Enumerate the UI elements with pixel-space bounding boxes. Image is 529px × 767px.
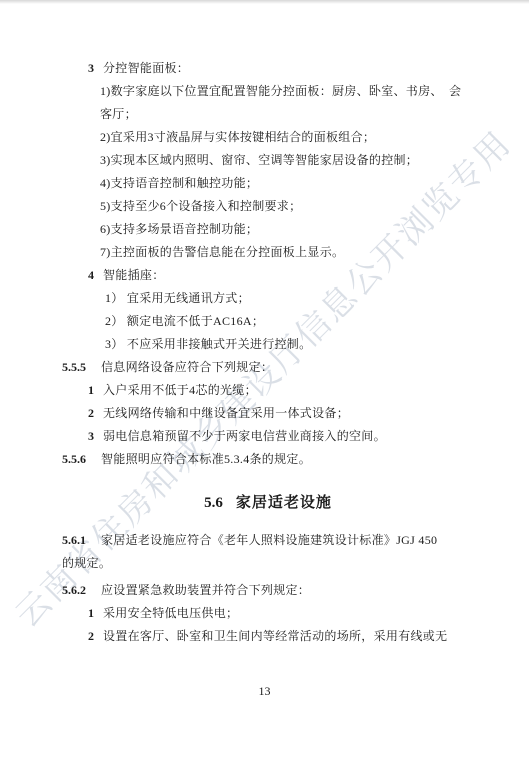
- paragraph-line: 2无线网络传输和中继设备宜采用一体式设备；: [62, 402, 474, 425]
- scan-edge-artifact: [0, 0, 529, 4]
- paragraph-line: 5)支持至少6个设备接入和控制要求；: [62, 195, 474, 218]
- clause-number: 1: [88, 606, 94, 620]
- line-text: 3)实现本区域内照明、窗帘、空调等智能家居设备的控制；: [100, 153, 418, 167]
- line-text: 信息网络设备应符合下列规定：: [101, 360, 273, 374]
- line-text: 智能插座：: [103, 268, 165, 282]
- paragraph-line: 5.5.6智能照明应符合本标准5.3.4条的规定。: [62, 448, 474, 471]
- body-text: 3分控智能面板：1)数字家庭以下位置宜配置智能分控面板：厨房、卧室、书房、 会客…: [62, 57, 474, 648]
- line-text: 分控智能面板：: [103, 61, 189, 75]
- line-text: 客厅；: [100, 107, 137, 121]
- line-text: 3） 不应采用非接触式开关进行控制。: [105, 337, 311, 351]
- paragraph-line: 5.6.1家居适老设施应符合《老年人照料设施建筑设计标准》JGJ 450: [62, 529, 474, 552]
- line-text: 2） 额定电流不低于AC16A；: [105, 314, 264, 328]
- paragraph-line: 7)主控面板的告警信息能在分控面板上显示。: [62, 241, 474, 264]
- clause-number: 2: [88, 629, 94, 643]
- paragraph-line: 5.6.2应设置紧急救助装置并符合下列规定：: [62, 579, 474, 602]
- line-text: 无线网络传输和中继设备宜采用一体式设备；: [103, 406, 349, 420]
- paragraph-line: 3） 不应采用非接触式开关进行控制。: [62, 333, 474, 356]
- line-text: 设置在客厅、卧室和卫生间内等经常活动的场所，采用有线或无: [103, 629, 447, 643]
- paragraph-line: 1)数字家庭以下位置宜配置智能分控面板：厨房、卧室、书房、 会: [62, 80, 474, 103]
- paragraph-line: 的规定。: [62, 552, 474, 575]
- paragraph-line: 3分控智能面板：: [62, 57, 474, 80]
- clause-number: 5.6.1: [62, 533, 86, 547]
- document-page: 云南省住房和城乡建设厅信息公开浏览专用 3分控智能面板：1)数字家庭以下位置宜配…: [0, 0, 529, 767]
- clause-number: 5.5.5: [62, 360, 86, 374]
- line-text: 入户采用不低于4芯的光缆；: [103, 383, 257, 397]
- paragraph-line: 1） 宜采用无线通讯方式；: [62, 287, 474, 310]
- paragraph-line: 2设置在客厅、卧室和卫生间内等经常活动的场所，采用有线或无: [62, 625, 474, 648]
- line-text: 家居适老设施应符合《老年人照料设施建筑设计标准》JGJ 450: [101, 533, 437, 547]
- paragraph-line: 2)宜采用3寸液晶屏与实体按键相结合的面板组合；: [62, 126, 474, 149]
- heading-title: 家居适老设施: [236, 494, 332, 511]
- page-number: 13: [0, 680, 529, 703]
- line-text: 5)支持至少6个设备接入和控制要求；: [100, 199, 301, 213]
- clause-number: 1: [88, 383, 94, 397]
- paragraph-line: 4)支持语音控制和触控功能；: [62, 172, 474, 195]
- paragraph-line: 3)实现本区域内照明、窗帘、空调等智能家居设备的控制；: [62, 149, 474, 172]
- clause-number: 5.5.6: [62, 452, 86, 466]
- line-text: 6)支持多场景语音控制功能；: [100, 222, 258, 236]
- clause-number: 3: [88, 61, 94, 75]
- line-text: 采用安全特低电压供电；: [103, 606, 238, 620]
- line-text: 2)宜采用3寸液晶屏与实体按键相结合的面板组合；: [100, 130, 375, 144]
- paragraph-line: 6)支持多场景语音控制功能；: [62, 218, 474, 241]
- line-text: 1） 宜采用无线通讯方式；: [105, 291, 250, 305]
- paragraph-line: 4智能插座：: [62, 264, 474, 287]
- line-text: 应设置紧急救助装置并符合下列规定：: [101, 583, 310, 597]
- paragraph-line: 5.5.5信息网络设备应符合下列规定：: [62, 356, 474, 379]
- clause-number: 3: [88, 429, 94, 443]
- line-text: 1)数字家庭以下位置宜配置智能分控面板：厨房、卧室、书房、 会: [100, 84, 461, 98]
- paragraph-line: 1入户采用不低于4芯的光缆；: [62, 379, 474, 402]
- clause-number: 5.6.2: [62, 583, 86, 597]
- line-text: 4)支持语音控制和触控功能；: [100, 176, 258, 190]
- line-text: 的规定。: [62, 556, 111, 570]
- paragraph-line: 1采用安全特低电压供电；: [62, 602, 474, 625]
- line-text: 智能照明应符合本标准5.3.4条的规定。: [101, 452, 311, 466]
- line-text: 弱电信息箱预留不少于两家电信营业商接入的空间。: [103, 429, 386, 443]
- heading-number: 5.6: [204, 495, 223, 511]
- paragraph-line: 2） 额定电流不低于AC16A；: [62, 310, 474, 333]
- clause-number: 4: [88, 268, 94, 282]
- paragraph-line: 客厅；: [62, 103, 474, 126]
- paragraph-line: 3弱电信息箱预留不少于两家电信营业商接入的空间。: [62, 425, 474, 448]
- clause-number: 2: [88, 406, 94, 420]
- section-heading: 5.6家居适老设施: [62, 491, 474, 515]
- line-text: 7)主控面板的告警信息能在分控面板上显示。: [100, 245, 344, 259]
